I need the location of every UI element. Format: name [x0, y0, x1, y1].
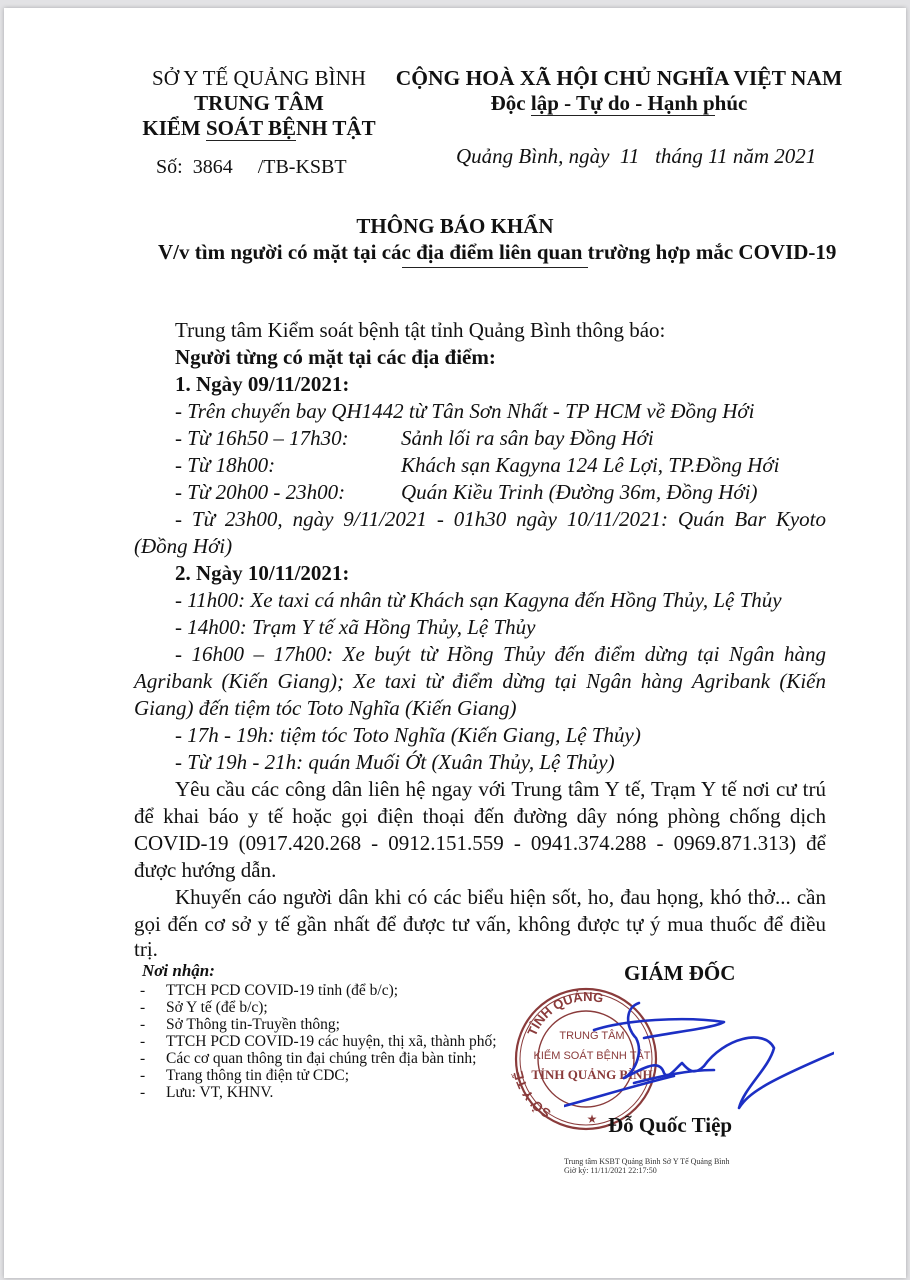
day1-late-line2: (Đồng Hới): [134, 534, 232, 559]
day2-item1: - 11h00: Xe taxi cá nhân từ Khách sạn Ka…: [175, 588, 782, 613]
notice-subject: V/v tìm người có mặt tại các địa điểm li…: [158, 240, 836, 265]
digital-signature-time: Giờ ký: 11/11/2021 22:17:50: [564, 1166, 657, 1175]
day2-item5: - Từ 19h - 21h: quán Muối Ớt (Xuân Thủy,…: [175, 750, 615, 775]
signer-name: Đỗ Quốc Tiệp: [608, 1113, 732, 1138]
day2-item2: - 14h00: Trạm Y tế xã Hồng Thủy, Lệ Thủy: [175, 615, 536, 640]
day2-item3-line2: Agribank (Kiến Giang); Xe taxi từ điểm d…: [134, 669, 826, 694]
day1-flight: - Trên chuyến bay QH1442 từ Tân Sơn Nhất…: [175, 399, 754, 424]
place-date: Quảng Bình, ngày 11 tháng 11 năm 2021: [456, 144, 816, 169]
handwritten-signature-icon: [564, 998, 834, 1113]
national-motto: Độc lập - Tự do - Hạnh phúc: [384, 91, 854, 116]
intro-text: Trung tâm Kiểm soát bệnh tật tỉnh Quảng …: [175, 318, 665, 343]
day1-item-time: - Từ 20h00 - 23h00:: [175, 480, 345, 505]
request-line3: COVID-19 (0917.420.268 - 0912.151.559 - …: [134, 831, 826, 856]
request-line4: được hướng dẫn.: [134, 858, 276, 883]
day2-item4: - 17h - 19h: tiệm tóc Toto Nghĩa (Kiến G…: [175, 723, 641, 748]
ministry-name: SỞ Y TẾ QUẢNG BÌNH: [124, 66, 394, 91]
notice-title: THÔNG BÁO KHẨN: [4, 214, 906, 239]
day1-heading: 1. Ngày 09/11/2021:: [175, 372, 349, 397]
day2-item3-line3: Giang) đến tiệm tóc Toto Nghĩa (Kiến Gia…: [134, 696, 516, 721]
day1-item-place: Khách sạn Kagyna 124 Lê Lợi, TP.Đồng Hới: [401, 453, 779, 478]
document-number: Số: 3864 /TB-KSBT: [156, 156, 347, 179]
day2-item3-line1: - 16h00 – 17h00: Xe buýt từ Hồng Thủy đế…: [175, 642, 826, 667]
day1-late-line1: - Từ 23h00, ngày 9/11/2021 - 01h30 ngày …: [175, 507, 826, 532]
svg-text:★: ★: [587, 1112, 598, 1126]
request-line2: để khai báo y tế hoặc gọi điện thoại đến…: [134, 804, 826, 829]
request-line1: Yêu cầu các công dân liên hệ ngay với Tr…: [175, 777, 826, 802]
day1-item-time: - Từ 16h50 – 17h30:: [175, 426, 349, 451]
advice-line2: gọi đến cơ sở y tế gần nhất để được tư v…: [134, 912, 826, 962]
day1-item-time: - Từ 18h00:: [175, 453, 275, 478]
document-page: SỞ Y TẾ QUẢNG BÌNH TRUNG TÂM KIỂM SOÁT B…: [4, 8, 906, 1278]
recipients-list: -TTCH PCD COVID-19 tỉnh (để b/c); -Sở Y …: [140, 982, 520, 1112]
agency-name-line1: TRUNG TÂM: [124, 91, 394, 116]
day2-heading: 2. Ngày 10/11/2021:: [175, 561, 349, 586]
agency-name-line2: KIỂM SOÁT BỆNH TẬT: [124, 116, 394, 141]
day1-item-place: Quán Kiều Trinh (Đường 36m, Đồng Hới): [401, 480, 757, 505]
recipients-label: Nơi nhận:: [142, 961, 215, 981]
day1-item-place: Sảnh lối ra sân bay Đồng Hới: [401, 426, 654, 451]
national-title: CỘNG HOÀ XÃ HỘI CHỦ NGHĨA VIỆT NAM: [384, 66, 854, 91]
digital-signature-org: Trung tâm KSBT Quảng Bình Sở Y Tế Quảng …: [564, 1157, 730, 1166]
advice-line1: Khuyến cáo người dân khi có các biểu hiệ…: [175, 885, 826, 910]
lead-text: Người từng có mặt tại các địa điểm:: [175, 345, 496, 370]
